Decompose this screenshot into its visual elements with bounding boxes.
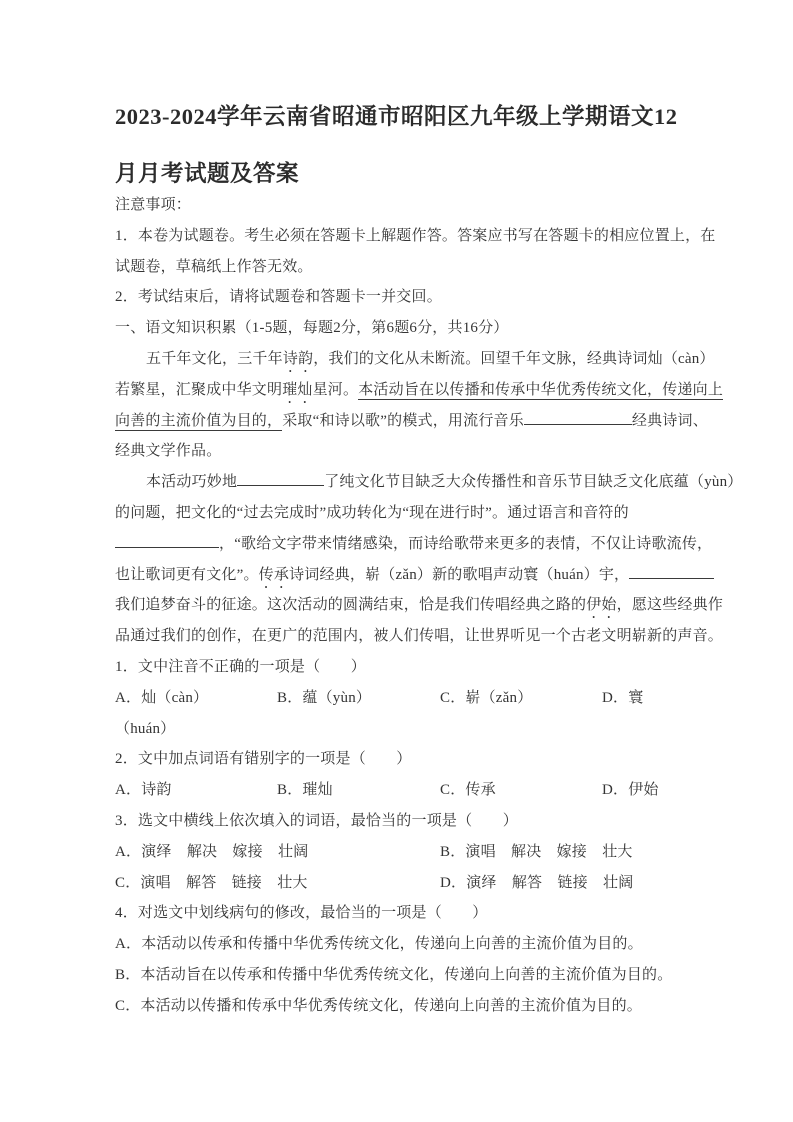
- text-segment: ，愿这些经典作: [617, 597, 723, 613]
- text-segment: ，我们的文化从未断流。回望千年文脉，经典诗词灿（càn）: [313, 351, 714, 367]
- text-segment: B．本活动旨在以传承和传播中华优秀传统文化，传递向上向善的主流价值为目的。: [115, 967, 672, 983]
- question-1-stem: 1．文中注音不正确的一项是（ ）: [115, 652, 707, 683]
- text-segment: 经典诗词、: [632, 413, 708, 429]
- option-item: A．灿（càn）: [115, 683, 208, 714]
- dot-emphasized-word: 诗韵: [283, 351, 313, 367]
- passage-2-line-6: 品通过我们的创作，在更广的范围内，被人们传唱，让世界听见一个古老文明崭新的声音。: [115, 621, 707, 652]
- text-segment: 1．文中注音不正确的一项是（ ）: [115, 659, 366, 675]
- exam-document-page: 2023-2024学年云南省昭通市昭阳区九年级上学期语文12 月月考试题及答案 …: [0, 0, 793, 1122]
- option-item: D．伊始: [602, 775, 659, 806]
- text-segment: 五千年文化，三千年: [146, 351, 283, 367]
- fill-in-blank-line: [629, 563, 714, 579]
- section-heading: 一、语文知识积累（1-5题，每题2分，第6题6分，共16分）: [115, 313, 707, 344]
- text-segment: 的问题，把文化的“过去完成时”成功转化为“现在进行时”。通过语言和音符的: [115, 505, 629, 521]
- question-2-stem: 2．文中加点词语有错别字的一项是（ ）: [115, 744, 707, 775]
- option-item: C．演唱 解答 链接 壮大: [115, 868, 308, 899]
- passage-2-line-5: 我们追梦奋斗的征途。这次活动的圆满结束，恰是我们传唱经典之路的伊始，愿这些经典作: [115, 590, 707, 621]
- option-item: B．演唱 解决 嫁接 壮大: [440, 837, 633, 868]
- question-4-option-c: C．本活动以传播和传承中华优秀传统文化，传递向上向善的主流价值为目的。: [115, 991, 707, 1022]
- fill-in-blank-line: [237, 470, 324, 486]
- question-4-option-b: B．本活动旨在以传承和传播中华优秀传统文化，传递向上向善的主流价值为目的。: [115, 960, 707, 991]
- text-segment: 3．选文中横线上依次填入的词语，最恰当的一项是（ ）: [115, 813, 518, 829]
- text-segment: C．本活动以传播和传承中华优秀传统文化，传递向上向善的主流价值为目的。: [115, 998, 642, 1014]
- underlined-sentence: 向善的主流价值为目的，: [115, 413, 282, 431]
- passage-1-line-1: 五千年文化，三千年诗韵，我们的文化从未断流。回望千年文脉，经典诗词灿（càn）: [115, 344, 707, 375]
- notice-item-2: 2．考试结束后，请将试题卷和答题卡一并交回。: [115, 282, 707, 313]
- option-item: D．寰: [602, 683, 643, 714]
- text-segment: 了纯文化节目缺乏大众传播性和音乐节目缺乏文化底蕴（yùn）: [324, 474, 742, 490]
- text-segment: 品通过我们的创作，在更广的范围内，被人们传唱，让世界听见一个古老文明崭新的声音。: [115, 628, 723, 644]
- text-segment: 本活动巧妙地: [146, 474, 237, 490]
- question-2-options: A．诗韵B．璀灿C．传承D．伊始: [115, 775, 707, 806]
- text-segment: 2．考试结束后，请将试题卷和答题卡一并交回。: [115, 289, 442, 305]
- text-segment: 1．本卷为试题卷。考生必须在答题卡上解题作答。答案应书写在答题卡的相应位置上，在: [115, 228, 716, 244]
- underlined-sentence: 本活动旨在以传播和传承中华优秀传统文化，传递向上: [358, 382, 723, 400]
- option-item: A．诗韵: [115, 775, 172, 806]
- question-1-option-d-continuation: （huán）: [115, 714, 707, 745]
- question-3-options-row-1: A．演绎 解决 嫁接 壮阔B．演唱 解决 嫁接 壮大: [115, 837, 707, 868]
- dot-emphasized-word: 伊始: [586, 597, 616, 613]
- text-segment: 诗词经典，崭（zǎn）新的歌唱声动寰（huán）宇，: [289, 567, 629, 583]
- option-item: C．传承: [440, 775, 496, 806]
- text-segment: ，“歌给文字带来情绪感染，而诗给歌带来更多的表情，不仅让诗歌流传，: [219, 536, 712, 552]
- text-segment: 一、语文知识积累（1-5题，每题2分，第6题6分，共16分）: [115, 320, 509, 336]
- dot-emphasized-word: 璀灿: [282, 382, 312, 398]
- notice-item-1-line-2: 试题卷，草稿纸上作答无效。: [115, 252, 707, 283]
- option-item: C．崭（zǎn）: [440, 683, 532, 714]
- notice-item-1-line-1: 1．本卷为试题卷。考生必须在答题卡上解题作答。答案应书写在答题卡的相应位置上，在: [115, 221, 707, 252]
- notice-heading: 注意事项：: [115, 190, 707, 221]
- passage-1-line-4: 经典文学作品。: [115, 436, 707, 467]
- question-4-option-a: A．本活动以传承和传播中华优秀传统文化，传递向上向善的主流价值为目的。: [115, 929, 707, 960]
- text-segment: 我们追梦奋斗的征途。这次活动的圆满结束，恰是我们传唱经典之路的: [115, 597, 586, 613]
- exam-body: 注意事项：1．本卷为试题卷。考生必须在答题卡上解题作答。答案应书写在答题卡的相应…: [115, 190, 707, 1022]
- question-3-options-row-2: C．演唱 解答 链接 壮大D．演绎 解答 链接 壮阔: [115, 868, 707, 899]
- option-item: B．蕴（yùn）: [277, 683, 371, 714]
- passage-2-line-4: 也让歌词更有文化”。传承诗词经典，崭（zǎn）新的歌唱声动寰（huán）宇，: [115, 560, 707, 591]
- exam-title: 2023-2024学年云南省昭通市昭阳区九年级上学期语文12 月月考试题及答案: [115, 88, 715, 202]
- text-segment: 注意事项：: [115, 197, 191, 213]
- text-segment: 采取“和诗以歌”的模式，用流行音乐: [282, 413, 524, 429]
- fill-in-blank-line: [115, 532, 219, 548]
- question-1-options: A．灿（càn）B．蕴（yùn）C．崭（zǎn）D．寰: [115, 683, 707, 714]
- text-segment: 试题卷，草稿纸上作答无效。: [115, 259, 313, 275]
- passage-1-line-3: 向善的主流价值为目的，采取“和诗以歌”的模式，用流行音乐经典诗词、: [115, 406, 707, 437]
- passage-2-line-3: ，“歌给文字带来情绪感染，而诗给歌带来更多的表情，不仅让诗歌流传，: [115, 529, 707, 560]
- passage-2-line-2: 的问题，把文化的“过去完成时”成功转化为“现在进行时”。通过语言和音符的: [115, 498, 707, 529]
- text-segment: 也让歌词更有文化”。: [115, 567, 259, 583]
- option-item: D．演绎 解答 链接 壮阔: [440, 868, 633, 899]
- text-segment: 4．对选文中划线病句的修改，最恰当的一项是（ ）: [115, 905, 488, 921]
- question-3-stem: 3．选文中横线上依次填入的词语，最恰当的一项是（ ）: [115, 806, 707, 837]
- option-item: B．璀灿: [277, 775, 333, 806]
- text-segment: 2．文中加点词语有错别字的一项是（ ）: [115, 751, 412, 767]
- text-segment: A．本活动以传承和传播中华优秀传统文化，传递向上向善的主流价值为目的。: [115, 936, 643, 952]
- dot-emphasized-word: 传承: [259, 567, 289, 583]
- exam-title-line-1: 2023-2024学年云南省昭通市昭阳区九年级上学期语文12: [115, 88, 715, 145]
- question-4-stem: 4．对选文中划线病句的修改，最恰当的一项是（ ）: [115, 898, 707, 929]
- text-segment: 星河。: [313, 382, 359, 398]
- option-item: A．演绎 解决 嫁接 壮阔: [115, 837, 308, 868]
- text-segment: （huán）: [115, 721, 175, 737]
- text-segment: 经典文学作品。: [115, 443, 221, 459]
- passage-2-line-1: 本活动巧妙地了纯文化节目缺乏大众传播性和音乐节目缺乏文化底蕴（yùn）: [115, 467, 707, 498]
- fill-in-blank-line: [524, 409, 632, 425]
- text-segment: 若繁星，汇聚成中华文明: [115, 382, 282, 398]
- passage-1-line-2: 若繁星，汇聚成中华文明璀灿星河。本活动旨在以传播和传承中华优秀传统文化，传递向上: [115, 375, 707, 406]
